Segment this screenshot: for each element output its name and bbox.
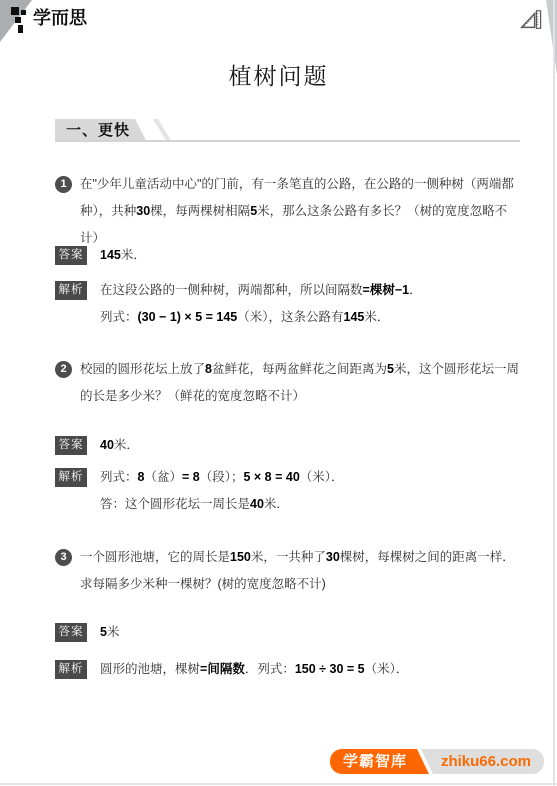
analysis-row: 解析 圆形的池塘，棵树=间隔数．列式：150 ÷ 30 = 5（米）．	[55, 660, 505, 683]
question-number-badge: 2	[55, 361, 72, 378]
question-row: 3 一个圆形池塘，它的周长是150米，一共种了30棵树，每棵树之间的距离一样．求…	[55, 544, 523, 598]
answer-row: 答案 40米．	[55, 436, 139, 455]
logo-text: 学而思	[33, 7, 87, 29]
answer-label: 答案	[55, 436, 87, 455]
question-text: 校园的圆形花坛上放了8盆鲜花，每两盆鲜花之间距离为5米，这个圆形花坛一周的长是多…	[80, 356, 523, 410]
analysis-line: 列式：8（盆）= 8（段）；5 × 8 = 40（米）．	[100, 464, 505, 491]
triangle-ruler-icon	[518, 8, 542, 32]
watermark: 学霸智库 zhiku66.com	[330, 749, 544, 774]
analysis-label: 解析	[55, 660, 87, 679]
answer-text: 145米．	[100, 246, 146, 265]
analysis-text: 列式：8（盆）= 8（段）；5 × 8 = 40（米）．答：这个圆形花坛一周长是…	[100, 464, 505, 518]
analysis-line: 答：这个圆形花坛一周长是40米．	[100, 491, 505, 518]
analysis-label: 解析	[55, 468, 87, 487]
question-number-badge: 1	[55, 176, 72, 193]
answer-text: 5米	[100, 623, 119, 642]
question-row: 1 在"少年儿童活动中心"的门前，有一条笔直的公路，在公路的一侧种树（两端都种）…	[55, 171, 523, 252]
page-edge-right	[553, 0, 555, 786]
question-text: 在"少年儿童活动中心"的门前，有一条笔直的公路，在公路的一侧种树（两端都种），共…	[80, 171, 523, 252]
watermark-site: zhiku66.com	[421, 749, 544, 774]
analysis-row: 解析 列式：8（盆）= 8（段）；5 × 8 = 40（米）．答：这个圆形花坛一…	[55, 468, 505, 518]
section-banner-shadow	[153, 119, 172, 142]
answer-row: 答案 5米	[55, 623, 119, 642]
section-underline	[55, 140, 520, 142]
analysis-row: 解析 在这段公路的一侧种树，两端都种，所以间隔数=棵树−1．列式：(30 − 1…	[55, 281, 505, 331]
xueersi-pixel-logo-icon	[11, 7, 28, 34]
answer-label: 答案	[55, 246, 87, 265]
answer-row: 答案 145米．	[55, 246, 146, 265]
question-text: 一个圆形池塘，它的周长是150米，一共种了30棵树，每棵树之间的距离一样．求每隔…	[80, 544, 523, 598]
answer-label: 答案	[55, 623, 87, 642]
worksheet-page: 学而思 植树问题 一、更快 学霸智库 zhiku66.com 1 在"少年儿童活…	[0, 0, 557, 786]
section-header: 一、更快	[55, 119, 147, 142]
page-edge-bottom	[0, 783, 557, 785]
page-title: 植树问题	[0, 58, 557, 91]
analysis-label: 解析	[55, 281, 87, 300]
analysis-line: 圆形的池塘，棵树=间隔数．列式：150 ÷ 30 = 5（米）．	[100, 656, 505, 683]
analysis-line: 在这段公路的一侧种树，两端都种，所以间隔数=棵树−1．	[100, 277, 505, 304]
xueersi-logo: 学而思	[11, 7, 87, 34]
analysis-line: 列式：(30 − 1) × 5 = 145（米），这条公路有145米．	[100, 304, 505, 331]
question-row: 2 校园的圆形花坛上放了8盆鲜花，每两盆鲜花之间距离为5米，这个圆形花坛一周的长…	[55, 356, 523, 410]
analysis-text: 在这段公路的一侧种树，两端都种，所以间隔数=棵树−1．列式：(30 − 1) ×…	[100, 277, 505, 331]
question-number-badge: 3	[55, 549, 72, 566]
watermark-brand: 学霸智库	[330, 749, 429, 774]
analysis-text: 圆形的池塘，棵树=间隔数．列式：150 ÷ 30 = 5（米）．	[100, 656, 505, 683]
answer-text: 40米．	[100, 436, 139, 455]
